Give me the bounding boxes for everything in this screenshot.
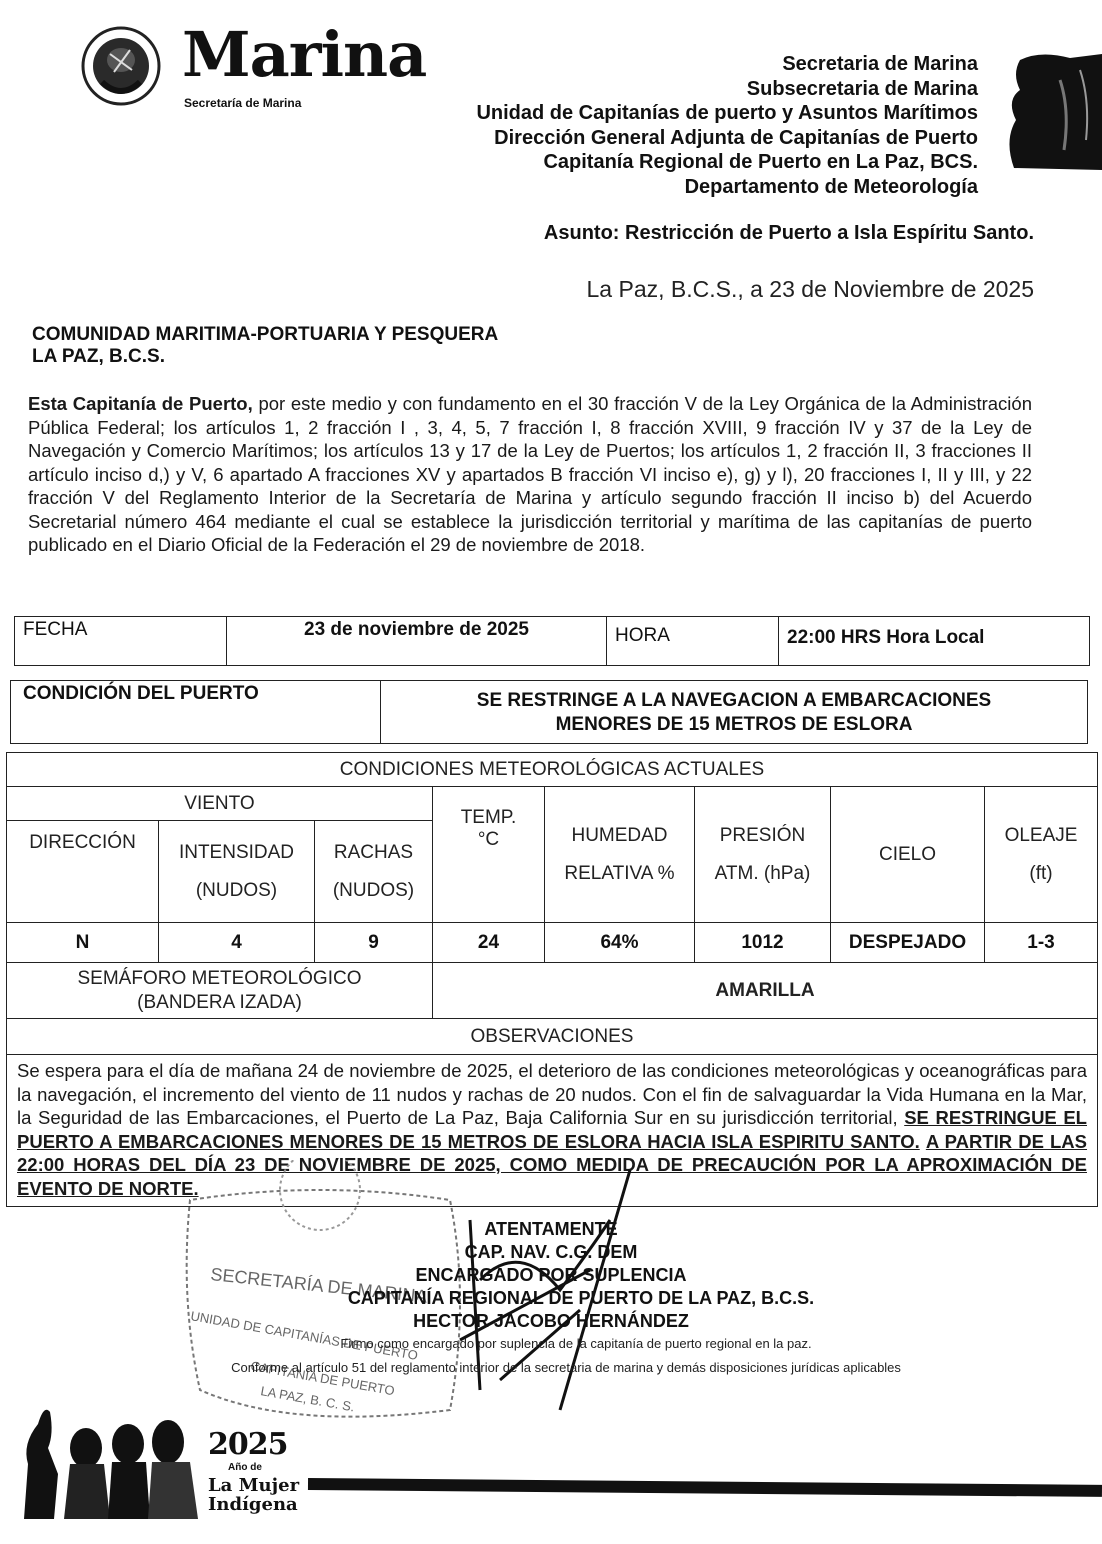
sky-header: CIELO <box>831 787 985 923</box>
footer-title-line: La Mujer <box>208 1476 299 1495</box>
pressure-value: 1012 <box>695 923 831 963</box>
recipient-line: LA PAZ, B.C.S. <box>32 346 498 368</box>
place-date: La Paz, B.C.S., a 23 de Noviembre de 202… <box>587 276 1035 303</box>
signature-legal-note: Conforme al artículo 51 del reglamento i… <box>0 1360 1102 1375</box>
port-condition-table: CONDICIÓN DEL PUERTO SE RESTRINGE A LA N… <box>10 680 1088 744</box>
legal-basis-paragraph: Esta Capitanía de Puerto, por este medio… <box>28 392 1032 557</box>
pressure-header-line: PRESIÓN <box>699 817 826 855</box>
port-condition-label: CONDICIÓN DEL PUERTO <box>11 681 381 744</box>
swell-header: OLEAJE (ft) <box>985 787 1098 923</box>
date-time-table: FECHA 23 de noviembre de 2025 HORA 22:00… <box>14 616 1090 666</box>
header-line: Capitanía Regional de Puerto en La Paz, … <box>476 150 978 175</box>
recipient: COMUNIDAD MARITIMA-PORTUARIA Y PESQUERA … <box>32 324 498 368</box>
semaphore-value: AMARILLA <box>433 963 1098 1019</box>
hora-value: 22:00 HRS Hora Local <box>779 617 1090 666</box>
header-line: Subsecretaria de Marina <box>476 77 978 102</box>
paragraph-text: por este medio y con fundamento en el 30… <box>28 393 1032 555</box>
observations-title: OBSERVACIONES <box>7 1019 1098 1055</box>
fecha-value: 23 de noviembre de 2025 <box>227 617 607 666</box>
header-line: Dirección General Adjunta de Capitanías … <box>476 126 978 151</box>
weather-conditions-table: CONDICIONES METEOROLÓGICAS ACTUALES VIEN… <box>6 752 1098 1207</box>
signature-line: ENCARGADO POR SUPLENCIA <box>0 1264 1102 1287</box>
historical-portrait-icon <box>1000 50 1102 180</box>
temp-header-line: TEMP. <box>437 807 540 829</box>
signature-line: CAPITANÍA REGIONAL DE PUERTO DE LA PAZ, … <box>0 1287 1102 1310</box>
wind-direction-header: DIRECCIÓN <box>7 821 159 923</box>
header-line: Departamento de Meteorología <box>476 175 978 200</box>
indigenous-women-figures-icon <box>14 1404 204 1524</box>
wind-gusts-header: RACHAS (NUDOS) <box>315 821 433 923</box>
temp-value: 24 <box>433 923 545 963</box>
semaphore-label-line: (BANDERA IZADA) <box>11 991 428 1015</box>
sky-value: DESPEJADO <box>831 923 985 963</box>
wind-group-header: VIENTO <box>7 787 433 821</box>
hora-label: HORA <box>607 617 779 666</box>
coat-of-arms-seal-icon <box>80 20 162 112</box>
wind-gusts-value: 9 <box>315 923 433 963</box>
swell-header-unit: (ft) <box>989 855 1093 893</box>
wind-intensity-header: INTENSIDAD (NUDOS) <box>159 821 315 923</box>
signature-note: Firmo como encargado por suplencia de la… <box>0 1336 1102 1351</box>
humidity-header: HUMEDAD RELATIVA % <box>545 787 695 923</box>
swell-value: 1-3 <box>985 923 1098 963</box>
signer-name: HECTOR JACOBO HERNÁNDEZ <box>0 1310 1102 1333</box>
footer-divider-bar <box>308 1478 1102 1497</box>
footer-title-line: Indígena <box>208 1495 299 1514</box>
humidity-header-line: HUMEDAD <box>549 817 690 855</box>
signature-line: CAP. NAV. C.G. DEM <box>0 1241 1102 1264</box>
swell-header-line: OLEAJE <box>989 817 1093 855</box>
temp-header-unit: °C <box>437 829 540 851</box>
institution-header: Secretaria de Marina Subsecretaria de Ma… <box>476 52 978 199</box>
wind-gusts-header-line: RACHAS <box>319 834 428 872</box>
footer-ano-de: Año de <box>228 1462 262 1473</box>
port-condition-line: SE RESTRINGE A LA NAVEGACION A EMBARCACI… <box>393 689 1075 713</box>
port-condition-value: SE RESTRINGE A LA NAVEGACION A EMBARCACI… <box>381 681 1088 744</box>
header-line: Unidad de Capitanías de puerto y Asuntos… <box>476 101 978 126</box>
weather-table-title: CONDICIONES METEOROLÓGICAS ACTUALES <box>7 753 1098 787</box>
temp-header: TEMP. °C <box>433 787 545 923</box>
semaphore-label: SEMÁFORO METEOROLÓGICO (BANDERA IZADA) <box>7 963 433 1019</box>
footer-title: La Mujer Indígena <box>208 1476 299 1514</box>
signature-block: ATENTAMENTE CAP. NAV. C.G. DEM ENCARGADO… <box>0 1218 1102 1333</box>
semaphore-label-line: SEMÁFORO METEOROLÓGICO <box>11 967 428 991</box>
wind-intensity-header-line: INTENSIDAD <box>163 834 310 872</box>
wind-direction-value: N <box>7 923 159 963</box>
fecha-label: FECHA <box>15 617 227 666</box>
wind-gusts-header-unit: (NUDOS) <box>319 872 428 910</box>
signature-line: ATENTAMENTE <box>0 1218 1102 1241</box>
pressure-header-unit: ATM. (hPa) <box>699 855 826 893</box>
wind-intensity-value: 4 <box>159 923 315 963</box>
humidity-value: 64% <box>545 923 695 963</box>
humidity-header-unit: RELATIVA % <box>549 855 690 893</box>
brand-subtitle: Secretaría de Marina <box>184 96 301 110</box>
footer-year: 2025 <box>208 1430 288 1460</box>
subject-line: Asunto: Restricción de Puerto a Isla Esp… <box>544 222 1034 245</box>
paragraph-lead: Esta Capitanía de Puerto, <box>28 393 253 414</box>
brand-title: Marina <box>182 20 426 90</box>
pressure-header: PRESIÓN ATM. (hPa) <box>695 787 831 923</box>
header-line: Secretaria de Marina <box>476 52 978 77</box>
wind-intensity-header-unit: (NUDOS) <box>163 872 310 910</box>
recipient-line: COMUNIDAD MARITIMA-PORTUARIA Y PESQUERA <box>32 324 498 346</box>
port-condition-line: MENORES DE 15 METROS DE ESLORA <box>393 713 1075 737</box>
